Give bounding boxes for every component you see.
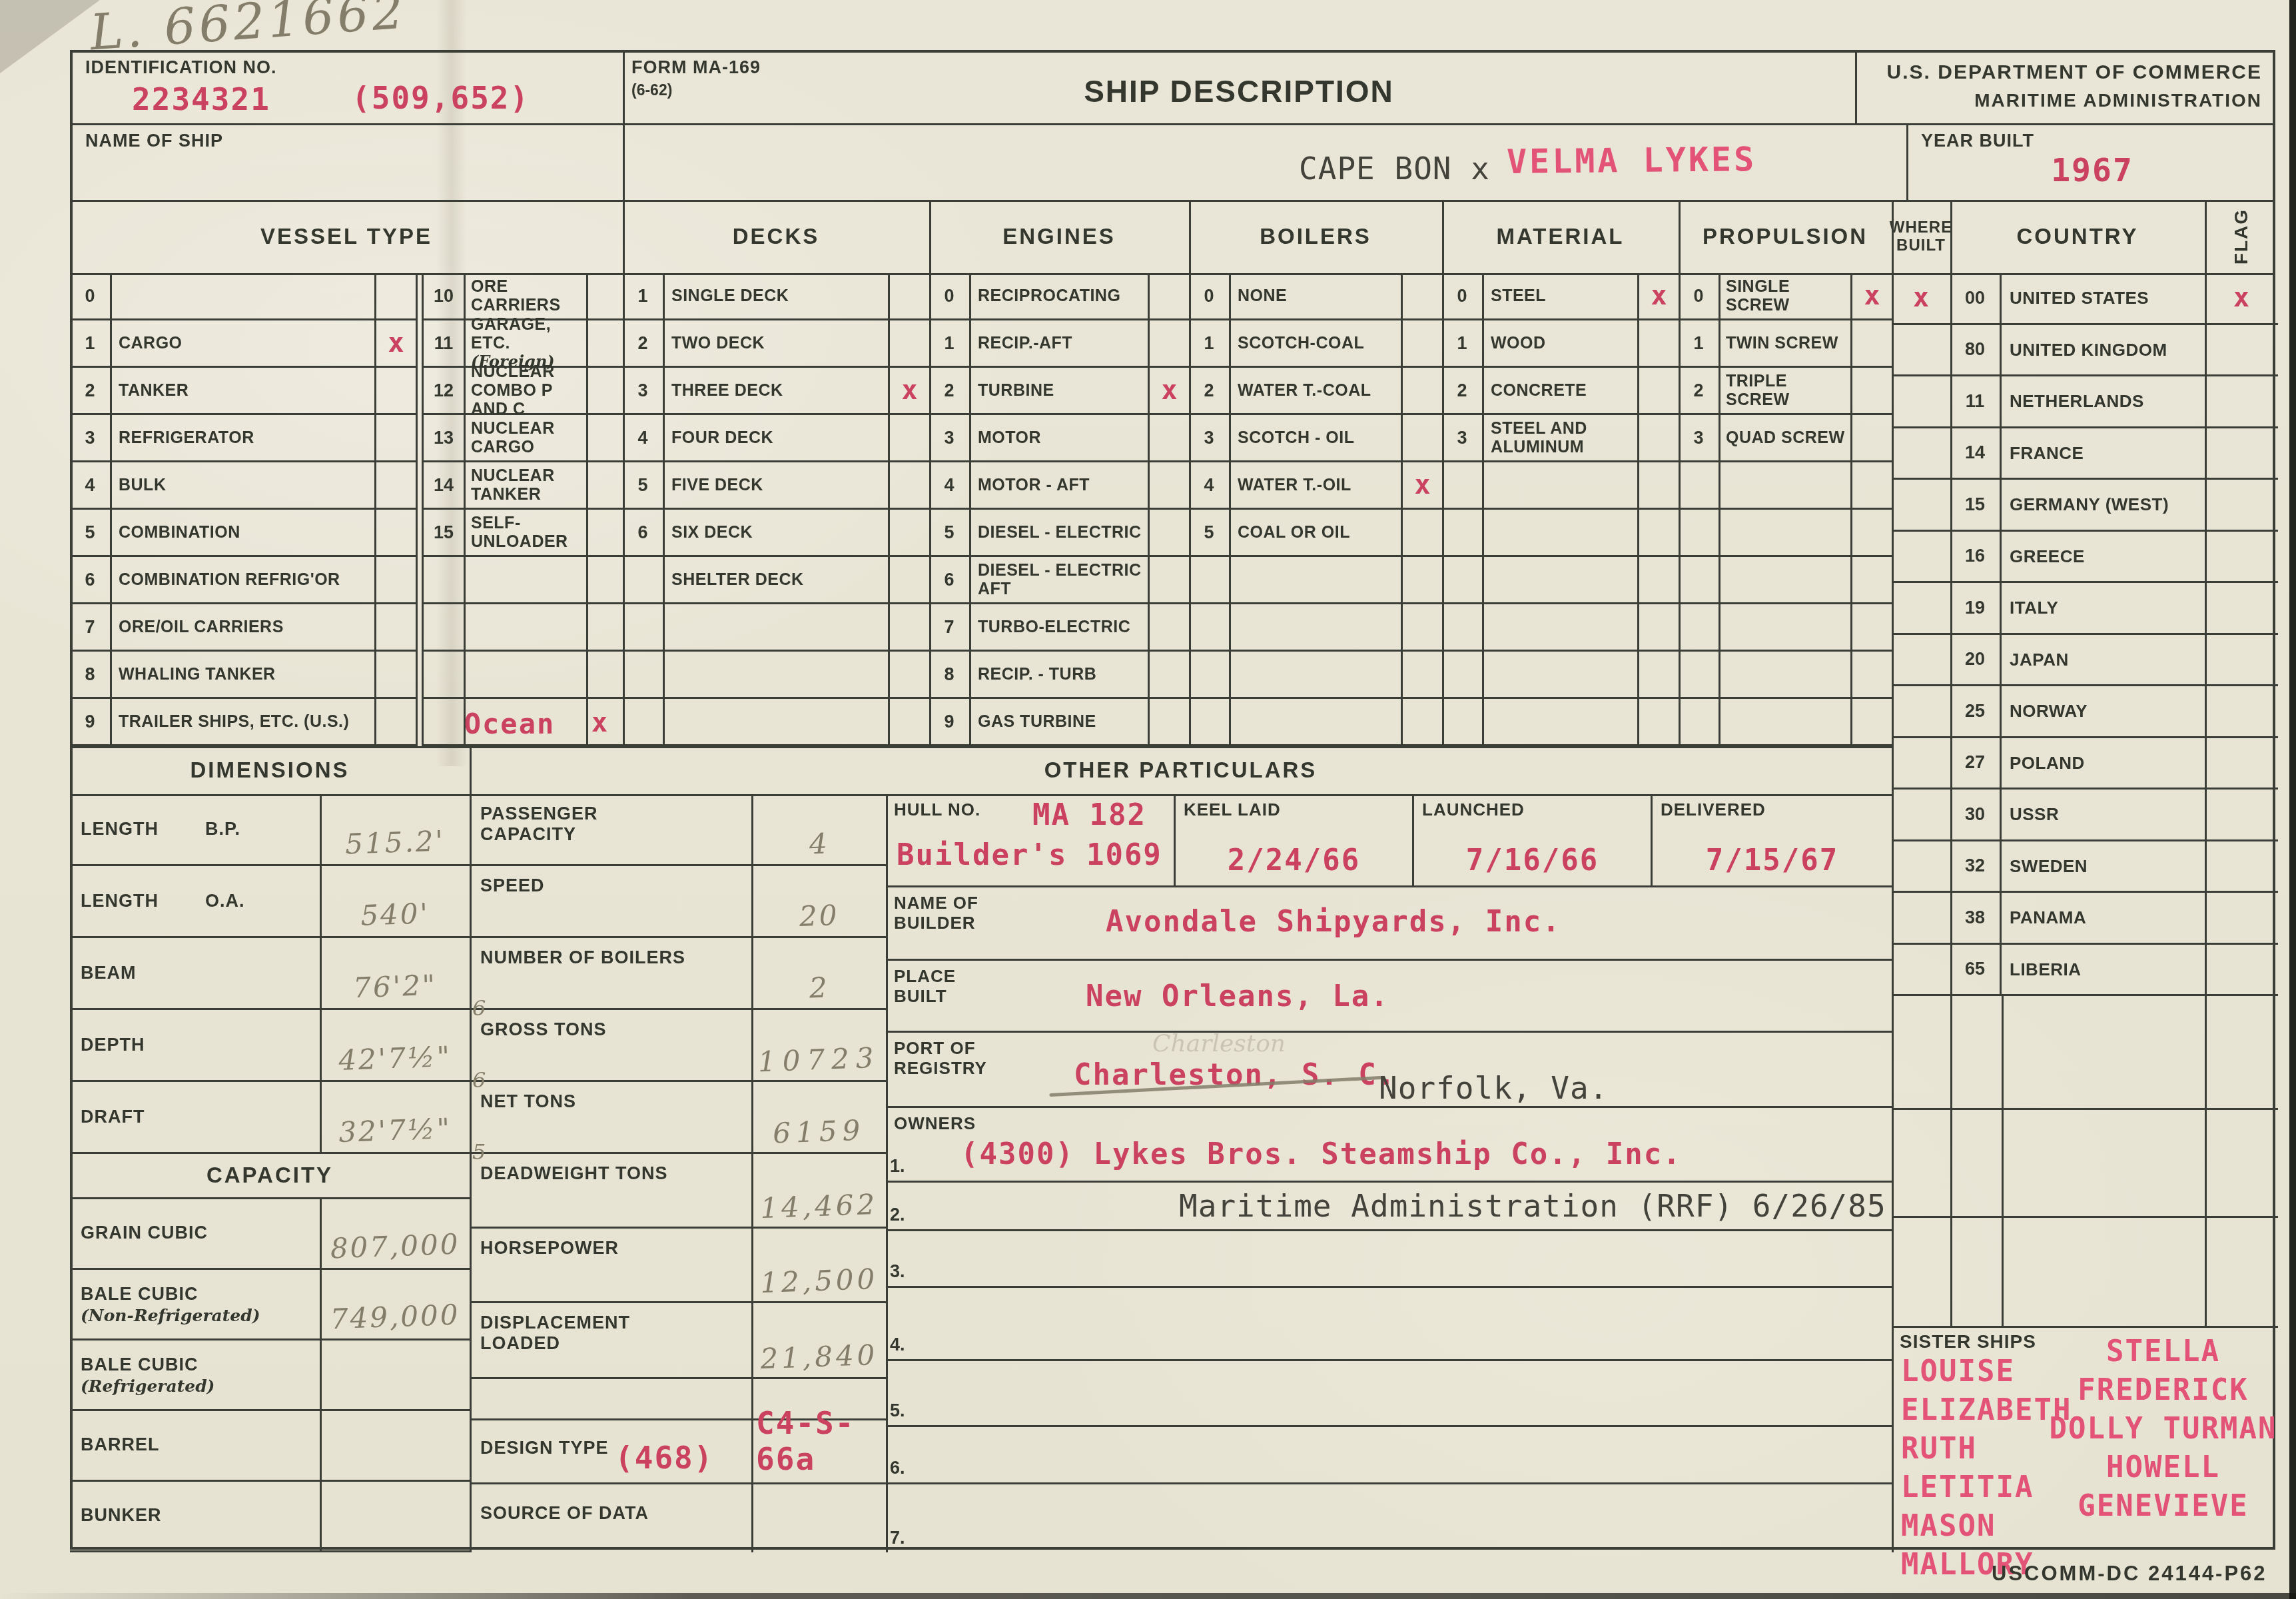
row-label: ORE/OIL CARRIERS — [112, 604, 374, 650]
flag-mark — [2205, 686, 2278, 736]
dimension-value: 540' — [318, 863, 471, 939]
vessel-type-row — [424, 604, 623, 652]
dimension-value: 76'2" — [318, 935, 471, 1011]
capacity-value — [318, 1338, 470, 1412]
engines-row: 2 TURBINE x — [929, 368, 1189, 415]
field-label: SPEED — [480, 875, 545, 896]
checkbox-mark — [1148, 604, 1189, 650]
where-built-mark — [1892, 376, 1950, 426]
owners-row-7: 7. — [886, 1484, 1892, 1552]
row-label: WATER T.-OIL — [1231, 462, 1401, 508]
country-row: 65 LIBERIA — [1892, 945, 2278, 997]
owners-row-3: 3. — [886, 1231, 1892, 1288]
row-number — [1189, 699, 1231, 744]
checkbox-mark — [1850, 462, 1892, 508]
row-label-text: TURBO-ELECTRIC — [978, 618, 1144, 636]
flag-mark — [2205, 893, 2278, 943]
port-of-registry-row: PORT OF REGISTRY Charleston Charleston, … — [886, 1033, 1892, 1108]
propulsion-row: 0 SINGLE SCREW x — [1679, 273, 1892, 320]
sister-ship-name: LOUISE — [1901, 1352, 2072, 1391]
row-label-text: SCOTCH-COAL — [1238, 334, 1397, 352]
checkbox-mark — [888, 557, 929, 602]
row-number — [424, 652, 466, 697]
boilers-row: 4 WATER T.-OIL x — [1189, 462, 1442, 510]
owner-number: 2. — [890, 1205, 905, 1225]
row-label: REFRIGERATOR — [112, 415, 374, 460]
checkbox-mark — [586, 462, 623, 508]
field-value: 21,840 — [750, 1301, 887, 1380]
field-deadweight-tons: 5 DEADWEIGHT TONS 14,462 — [470, 1154, 886, 1229]
row-label: WOOD — [1484, 320, 1637, 366]
engines-row: 0 RECIPROCATING — [929, 273, 1189, 320]
propulsion-header: PROPULSION — [1679, 200, 1892, 273]
checkbox-mark — [1401, 320, 1442, 366]
country-code: 19 — [1950, 583, 2002, 633]
checkbox-mark — [1148, 415, 1189, 460]
owners-row-5: 5. — [886, 1361, 1892, 1427]
flag-mark — [2205, 738, 2278, 788]
field-label: DEADWEIGHT TONS — [480, 1163, 668, 1184]
grid-line — [1892, 1326, 2278, 1328]
boilers-row — [1189, 652, 1442, 699]
vessel-type-row: 1 CARGO x — [70, 320, 416, 368]
flag-mark — [2205, 376, 2278, 426]
row-label-text: TRIPLE SCREW — [1726, 372, 1846, 409]
row-number: 5 — [623, 462, 665, 508]
vessel-type-row: 9 TRAILER SHIPS, ETC. (U.S.) — [70, 699, 416, 746]
sister-ship-name: LETITIA — [1901, 1468, 2072, 1507]
owner-number: 6. — [890, 1458, 905, 1478]
row-label: TANKER — [112, 368, 374, 413]
grid-line — [70, 746, 1892, 748]
vessel-type-row: 2 TANKER — [70, 368, 416, 415]
checkbox-mark: x — [1401, 462, 1442, 508]
flag-mark — [2205, 790, 2278, 839]
checkbox-mark — [1850, 652, 1892, 697]
checkbox-mark — [374, 699, 416, 744]
decks-row: 5 FIVE DECK — [623, 462, 929, 510]
form-title: SHIP DESCRIPTION — [623, 73, 1855, 109]
checkbox-mark — [586, 320, 623, 366]
row-number: 1 — [70, 320, 112, 366]
row-label: QUAD SCREW — [1721, 415, 1850, 460]
grid-line — [1189, 200, 1191, 746]
row-number: 4 — [70, 462, 112, 508]
capacity-header-text: CAPACITY — [206, 1163, 333, 1188]
propulsion-row: 2 TRIPLE SCREW — [1679, 368, 1892, 415]
vessel-type-row: 12 NUCLEAR COMBO P AND C — [424, 368, 623, 415]
grid-line — [751, 794, 753, 1552]
engines-row: 8 RECIP. - TURB — [929, 652, 1189, 699]
country-name: NORWAY — [2002, 686, 2205, 736]
sister-ships-right: STELLAFREDERICKDOLLY TURMANHOWELLGENEVIE… — [2048, 1332, 2278, 1526]
row-label: SCOTCH - OIL — [1231, 415, 1401, 460]
material-row — [1442, 557, 1679, 604]
row-number: 2 — [70, 368, 112, 413]
row-label: NUCLEAR TANKER — [466, 462, 586, 508]
row-number: 7 — [929, 604, 971, 650]
checkbox-mark — [586, 652, 623, 697]
row-label: BULK — [112, 462, 374, 508]
vessel-type-row: 4 BULK — [70, 462, 416, 510]
row-label — [466, 557, 586, 602]
field-label: SOURCE OF DATA — [480, 1503, 649, 1524]
row-number: 5 — [929, 510, 971, 555]
row-number: 3 — [929, 415, 971, 460]
keel-laid-value: 2/24/66 — [1176, 843, 1412, 877]
sister-ship-name: MASON — [1901, 1507, 2072, 1546]
country-row: 32 SWEDEN — [1892, 841, 2278, 893]
row-label-text: RECIP.-AFT — [978, 334, 1144, 352]
row-number — [1679, 699, 1721, 744]
scan-edge-right — [2289, 0, 2296, 1599]
ocean-annotation: Ocean — [440, 708, 579, 740]
material-row: 2 CONCRETE — [1442, 368, 1679, 415]
row-label: RECIPROCATING — [971, 273, 1148, 318]
row-number — [1679, 557, 1721, 602]
sister-ships-label: SISTER SHIPS — [1900, 1331, 2036, 1352]
capacity-label-text: BALE CUBIC — [81, 1284, 198, 1305]
where-built-mark — [1892, 532, 1950, 582]
row-label: RECIP. - TURB — [971, 652, 1148, 697]
row-number — [623, 557, 665, 602]
row-number — [1442, 699, 1484, 744]
row-label-text: DIESEL - ELECTRIC — [978, 523, 1144, 542]
row-number: 0 — [1442, 273, 1484, 318]
decks-row: 1 SINGLE DECK — [623, 273, 929, 320]
identification-parenthetical: (509,652) — [352, 80, 530, 116]
capacity-label: BUNKER — [70, 1482, 320, 1550]
row-number: 0 — [929, 273, 971, 318]
row-label-text: TRAILER SHIPS, ETC. (U.S.) — [119, 712, 370, 731]
row-number — [1189, 652, 1231, 697]
row-number: 0 — [1679, 273, 1721, 318]
row-number — [424, 604, 466, 650]
owner-entry-2: Maritime Administration (RRF) 6/26/85 — [1179, 1188, 1886, 1224]
row-label — [1484, 604, 1637, 650]
row-number: 7 — [70, 604, 112, 650]
pencil-note: 5 — [472, 1139, 486, 1165]
name-of-builder-row: NAME OF BUILDER Avondale Shipyards, Inc. — [886, 887, 1892, 961]
row-number: 4 — [929, 462, 971, 508]
owner-entry-1: (4300) Lykes Bros. Steamship Co., Inc. — [960, 1137, 1682, 1171]
capacity-label-text: GRAIN CUBIC — [81, 1223, 208, 1243]
row-number — [623, 699, 665, 744]
material-row: 0 STEEL x — [1442, 273, 1679, 320]
field-gross-tons: 6 GROSS TONS 10723 — [470, 1010, 886, 1082]
country-code: 27 — [1950, 738, 2002, 788]
row-label: NUCLEAR CARGO — [466, 415, 586, 460]
where-built-country-flag-col: x 00 UNITED STATES x 80 UNITED KINGDOM 1… — [1892, 273, 2278, 996]
material-row — [1442, 652, 1679, 699]
row-label-text: THREE DECK — [671, 381, 884, 400]
checkbox-mark — [1637, 368, 1679, 413]
country-name: JAPAN — [2002, 635, 2205, 685]
boilers-col: 0 NONE 1 SCOTCH-COAL 2 WATER T.-COAL 3 S… — [1189, 273, 1442, 746]
other-particulars-header: OTHER PARTICULARS — [470, 746, 1892, 794]
hull-no-label: HULL NO. — [894, 799, 980, 819]
year-built-text: 1967 — [2051, 152, 2133, 189]
row-label-text: MOTOR — [978, 428, 1144, 447]
capacity-value — [318, 1408, 470, 1482]
vessel-type-row: 10 ORE CARRIERS — [424, 273, 623, 320]
checkbox-mark — [1148, 462, 1189, 508]
country-row: 25 NORWAY — [1892, 686, 2278, 738]
year-built-value: 1967 — [1906, 152, 2278, 189]
port-of-registry-label: PORT OF REGISTRY — [894, 1038, 987, 1078]
checkbox-mark — [1637, 510, 1679, 555]
flag-mark — [2205, 841, 2278, 891]
row-number: 1 — [929, 320, 971, 366]
row-label: ORE CARRIERS — [466, 273, 586, 318]
country-name: GERMANY (WEST) — [2002, 480, 2205, 530]
name-of-builder-label: NAME OF BUILDER — [894, 893, 978, 933]
capacity-row: BARREL — [70, 1411, 470, 1482]
field-design-type: DESIGN TYPE (468) C4-S-66a — [470, 1420, 886, 1484]
capacity-label: GRAIN CUBIC — [70, 1199, 320, 1268]
row-number: 9 — [70, 699, 112, 744]
row-number: 1 — [1189, 320, 1231, 366]
country-name: FRANCE — [2002, 428, 2205, 478]
row-number: 5 — [1189, 510, 1231, 555]
engines-row: 4 MOTOR - AFT — [929, 462, 1189, 510]
row-label-text: RECIPROCATING — [978, 286, 1144, 305]
row-label: NUCLEAR COMBO P AND C — [466, 368, 586, 413]
row-number: 9 — [929, 699, 971, 744]
checkbox-mark — [1850, 368, 1892, 413]
row-number: 2 — [1679, 368, 1721, 413]
checkbox-mark — [1850, 557, 1892, 602]
decks-row: SHELTER DECK — [623, 557, 929, 604]
row-number: 6 — [623, 510, 665, 555]
checkbox-mark — [586, 273, 623, 318]
row-label: WATER T.-COAL — [1231, 368, 1401, 413]
row-label — [1484, 699, 1637, 744]
row-number — [1442, 462, 1484, 508]
row-label-text: COMBINATION REFRIG'OR — [119, 570, 370, 589]
row-label-text: TWO DECK — [671, 334, 884, 352]
row-label-text: SHELTER DECK — [671, 570, 884, 589]
grid-line — [470, 746, 472, 1552]
name-of-builder-value: Avondale Shipyards, Inc. — [1106, 905, 1561, 939]
row-number — [1679, 462, 1721, 508]
dimension-label: LENGTHO.A. — [70, 866, 320, 936]
row-label-text: CARGO — [119, 334, 370, 352]
dimensions-header: DIMENSIONS — [70, 746, 470, 794]
boilers-row: 1 SCOTCH-COAL — [1189, 320, 1442, 368]
field-value: 4 — [750, 792, 887, 867]
grid-line — [70, 273, 2275, 275]
dimension-label-text: LENGTH — [81, 819, 159, 839]
owners-row-1: OWNERS 1. (4300) Lykes Bros. Steamship C… — [886, 1108, 1892, 1183]
vessel-type-row: 15 SELF-UNLOADER — [424, 510, 623, 557]
hull-no-cell: HULL NO. MA 182 Builder's 1069 — [886, 794, 1176, 885]
row-number: 2 — [929, 368, 971, 413]
engines-row: 6 DIESEL - ELEC­TRIC AFT — [929, 557, 1189, 604]
field-label: GROSS TONS — [480, 1019, 607, 1040]
decks-row — [623, 699, 929, 746]
checkbox-mark — [586, 604, 623, 650]
owner-number: 5. — [890, 1400, 905, 1421]
checkbox-mark — [1850, 320, 1892, 366]
checkbox-mark — [1148, 273, 1189, 318]
checkbox-mark — [374, 652, 416, 697]
checkbox-mark — [888, 604, 929, 650]
flag-mark — [2205, 945, 2278, 995]
propulsion-row — [1679, 652, 1892, 699]
row-label-text: DIESEL - ELEC­TRIC AFT — [978, 561, 1144, 598]
design-type-number: (468) — [615, 1440, 713, 1476]
grid-line — [1892, 1216, 2278, 1218]
engines-row: 9 GAS TURBINE — [929, 699, 1189, 746]
row-label: DIESEL - ELEC­TRIC AFT — [971, 557, 1148, 602]
flag-mark — [2205, 532, 2278, 582]
flag-mark — [2205, 583, 2278, 633]
capacity-label: BALE CUBIC(Non-Refrigerated) — [70, 1270, 320, 1338]
grid-line — [1855, 50, 1857, 123]
form-title-text: SHIP DESCRIPTION — [1084, 74, 1394, 109]
checkbox-mark — [888, 415, 929, 460]
country-name: GREECE — [2002, 532, 2205, 582]
field-value: 10723 — [750, 1008, 887, 1083]
dimension-sublabel: O.A. — [205, 891, 245, 911]
owner-number: 7. — [890, 1528, 905, 1548]
country-name: ITALY — [2002, 583, 2205, 633]
dimension-row: BEAM 76'2" — [70, 938, 470, 1010]
dimensions-header-text: DIMENSIONS — [190, 758, 349, 783]
flag-mark — [2205, 325, 2278, 375]
row-number: 15 — [424, 510, 466, 555]
year-built-label: YEAR BUILT — [1921, 131, 2034, 151]
decks-row: 4 FOUR DECK — [623, 415, 929, 462]
material-col: 0 STEEL x 1 WOOD 2 CONCRETE 3 STEEL AND … — [1442, 273, 1679, 746]
row-label-text: FOUR DECK — [671, 428, 884, 447]
country-code: 00 — [1950, 273, 2002, 323]
field-speed: SPEED 20 — [470, 866, 886, 938]
row-label — [1484, 557, 1637, 602]
hull-no-builders: Builder's 1069 — [897, 838, 1162, 872]
field-displacement-loaded: DISPLACEMENT LOADED 21,840 — [470, 1303, 886, 1379]
checkbox-mark — [1148, 557, 1189, 602]
country-code: 30 — [1950, 790, 2002, 839]
capacity-label-text: BARREL — [81, 1434, 160, 1455]
capacity-row: BALE CUBIC(Non-Refrigerated) 749,000 — [70, 1270, 470, 1340]
capacity-row: BUNKER — [70, 1482, 470, 1552]
decks-row: 6 SIX DECK — [623, 510, 929, 557]
design-type-code: C4-S-66a — [756, 1405, 886, 1477]
engines-row: 3 MOTOR — [929, 415, 1189, 462]
engines-row: 5 DIESEL - ELECTRIC — [929, 510, 1189, 557]
where-built-mark — [1892, 635, 1950, 685]
material-row — [1442, 462, 1679, 510]
country-name: PANAMA — [2002, 893, 2205, 943]
pencil-note: 6 — [472, 1067, 486, 1093]
row-number: 14 — [424, 462, 466, 508]
row-label — [1484, 652, 1637, 697]
where-built-mark — [1892, 583, 1950, 633]
row-label — [1484, 462, 1637, 508]
field-net-tons: 6 NET TONS 6159 — [470, 1082, 886, 1154]
propulsion-col: 0 SINGLE SCREW x 1 TWIN SCREW 2 TRIPLE S… — [1679, 273, 1892, 746]
capacity-value — [318, 1479, 470, 1553]
checkbox-mark — [888, 273, 929, 318]
capacity-table: GRAIN CUBIC 807,000 BALE CUBIC(Non-Refri… — [70, 1199, 470, 1552]
vessel-type-col1: 0 1 CARGO x 2 TANKER 3 REFRIGERATOR — [70, 273, 418, 746]
place-built-value: New Orleans, La. — [1086, 979, 1389, 1013]
owners-row-2: 2. Maritime Administration (RRF) 6/26/85 — [886, 1183, 1892, 1231]
material-header: MATERIAL — [1442, 200, 1679, 273]
row-label: STEEL AND ALUMINUM — [1484, 415, 1637, 460]
sister-ship-name: RUTH — [1901, 1430, 2072, 1468]
ship-name-red-stamp: VELMA LYKES — [1507, 140, 1757, 181]
row-label: COAL OR OIL — [1231, 510, 1401, 555]
capacity-sublabel: (Non-Refrigerated) — [81, 1306, 260, 1325]
sister-ships-left: LOUISEELIZABETHRUTHLETITIAMASONMALLORY — [1901, 1352, 2072, 1584]
field-label: HORSEPOWER — [480, 1238, 619, 1259]
dimension-sublabel: B.P. — [205, 819, 240, 839]
vessel-type-row: 11 GARAGE, ETC.(Foreign) — [424, 320, 623, 368]
row-label-text: RECIP. - TURB — [978, 665, 1144, 684]
dimension-row: DEPTH 42'7½" — [70, 1010, 470, 1082]
checkbox-mark — [1148, 699, 1189, 744]
country-row: 14 FRANCE — [1892, 428, 2278, 480]
row-number: 8 — [929, 652, 971, 697]
ship-description-form: L. 6621662 IDENTIFICATION NO. 2234321 (5… — [0, 0, 2296, 1599]
country-name: USSR — [2002, 790, 2205, 839]
row-label: TRAILER SHIPS, ETC. (U.S.) — [112, 699, 374, 744]
row-label-text: NUCLEAR COMBO P AND C — [471, 362, 582, 418]
boilers-row: 3 SCOTCH - OIL — [1189, 415, 1442, 462]
row-label: SHELTER DECK — [665, 557, 888, 602]
agency-line1: U.S. DEPARTMENT OF COMMERCE — [1887, 61, 2262, 83]
country-row: 80 UNITED KINGDOM — [1892, 325, 2278, 377]
country-name: UNITED STATES — [2002, 273, 2205, 323]
owners-row-6: 6. — [886, 1427, 1892, 1484]
flag-mark — [2205, 428, 2278, 478]
flag-mark — [2205, 635, 2278, 685]
capacity-row: GRAIN CUBIC 807,000 — [70, 1199, 470, 1270]
checkbox-mark — [374, 415, 416, 460]
identification-label: IDENTIFICATION NO. — [85, 57, 277, 78]
dimension-value: 515.2' — [318, 792, 471, 867]
checkbox-mark — [586, 557, 623, 602]
decks-row — [623, 604, 929, 652]
place-built-label: PLACE BUILT — [894, 966, 956, 1006]
checkbox-mark — [1401, 510, 1442, 555]
row-label-text: WOOD — [1491, 334, 1633, 352]
row-label: CONCRETE — [1484, 368, 1637, 413]
launched-cell: LAUNCHED 7/16/66 — [1414, 794, 1653, 885]
row-number: 0 — [70, 273, 112, 318]
row-number: 11 — [424, 320, 466, 366]
grid-line — [1906, 123, 1908, 200]
row-number: 1 — [623, 273, 665, 318]
checkbox-mark — [1148, 510, 1189, 555]
grid-line — [1892, 1108, 2278, 1110]
row-label-text: SCOTCH - OIL — [1238, 428, 1397, 447]
boilers-row — [1189, 557, 1442, 604]
propulsion-row: 1 TWIN SCREW — [1679, 320, 1892, 368]
sister-ship-name: GENEVIEVE — [2048, 1487, 2278, 1526]
boilers-row: 0 NONE — [1189, 273, 1442, 320]
where-built-mark — [1892, 480, 1950, 530]
grid-line — [1442, 200, 1444, 746]
row-label-text: REFRIGERATOR — [119, 428, 370, 447]
row-label: NONE — [1231, 273, 1401, 318]
name-of-ship-label: NAME OF SHIP — [85, 131, 223, 151]
vessel-type-header: VESSEL TYPE — [70, 200, 623, 273]
identification-number: 2234321 — [132, 81, 270, 117]
